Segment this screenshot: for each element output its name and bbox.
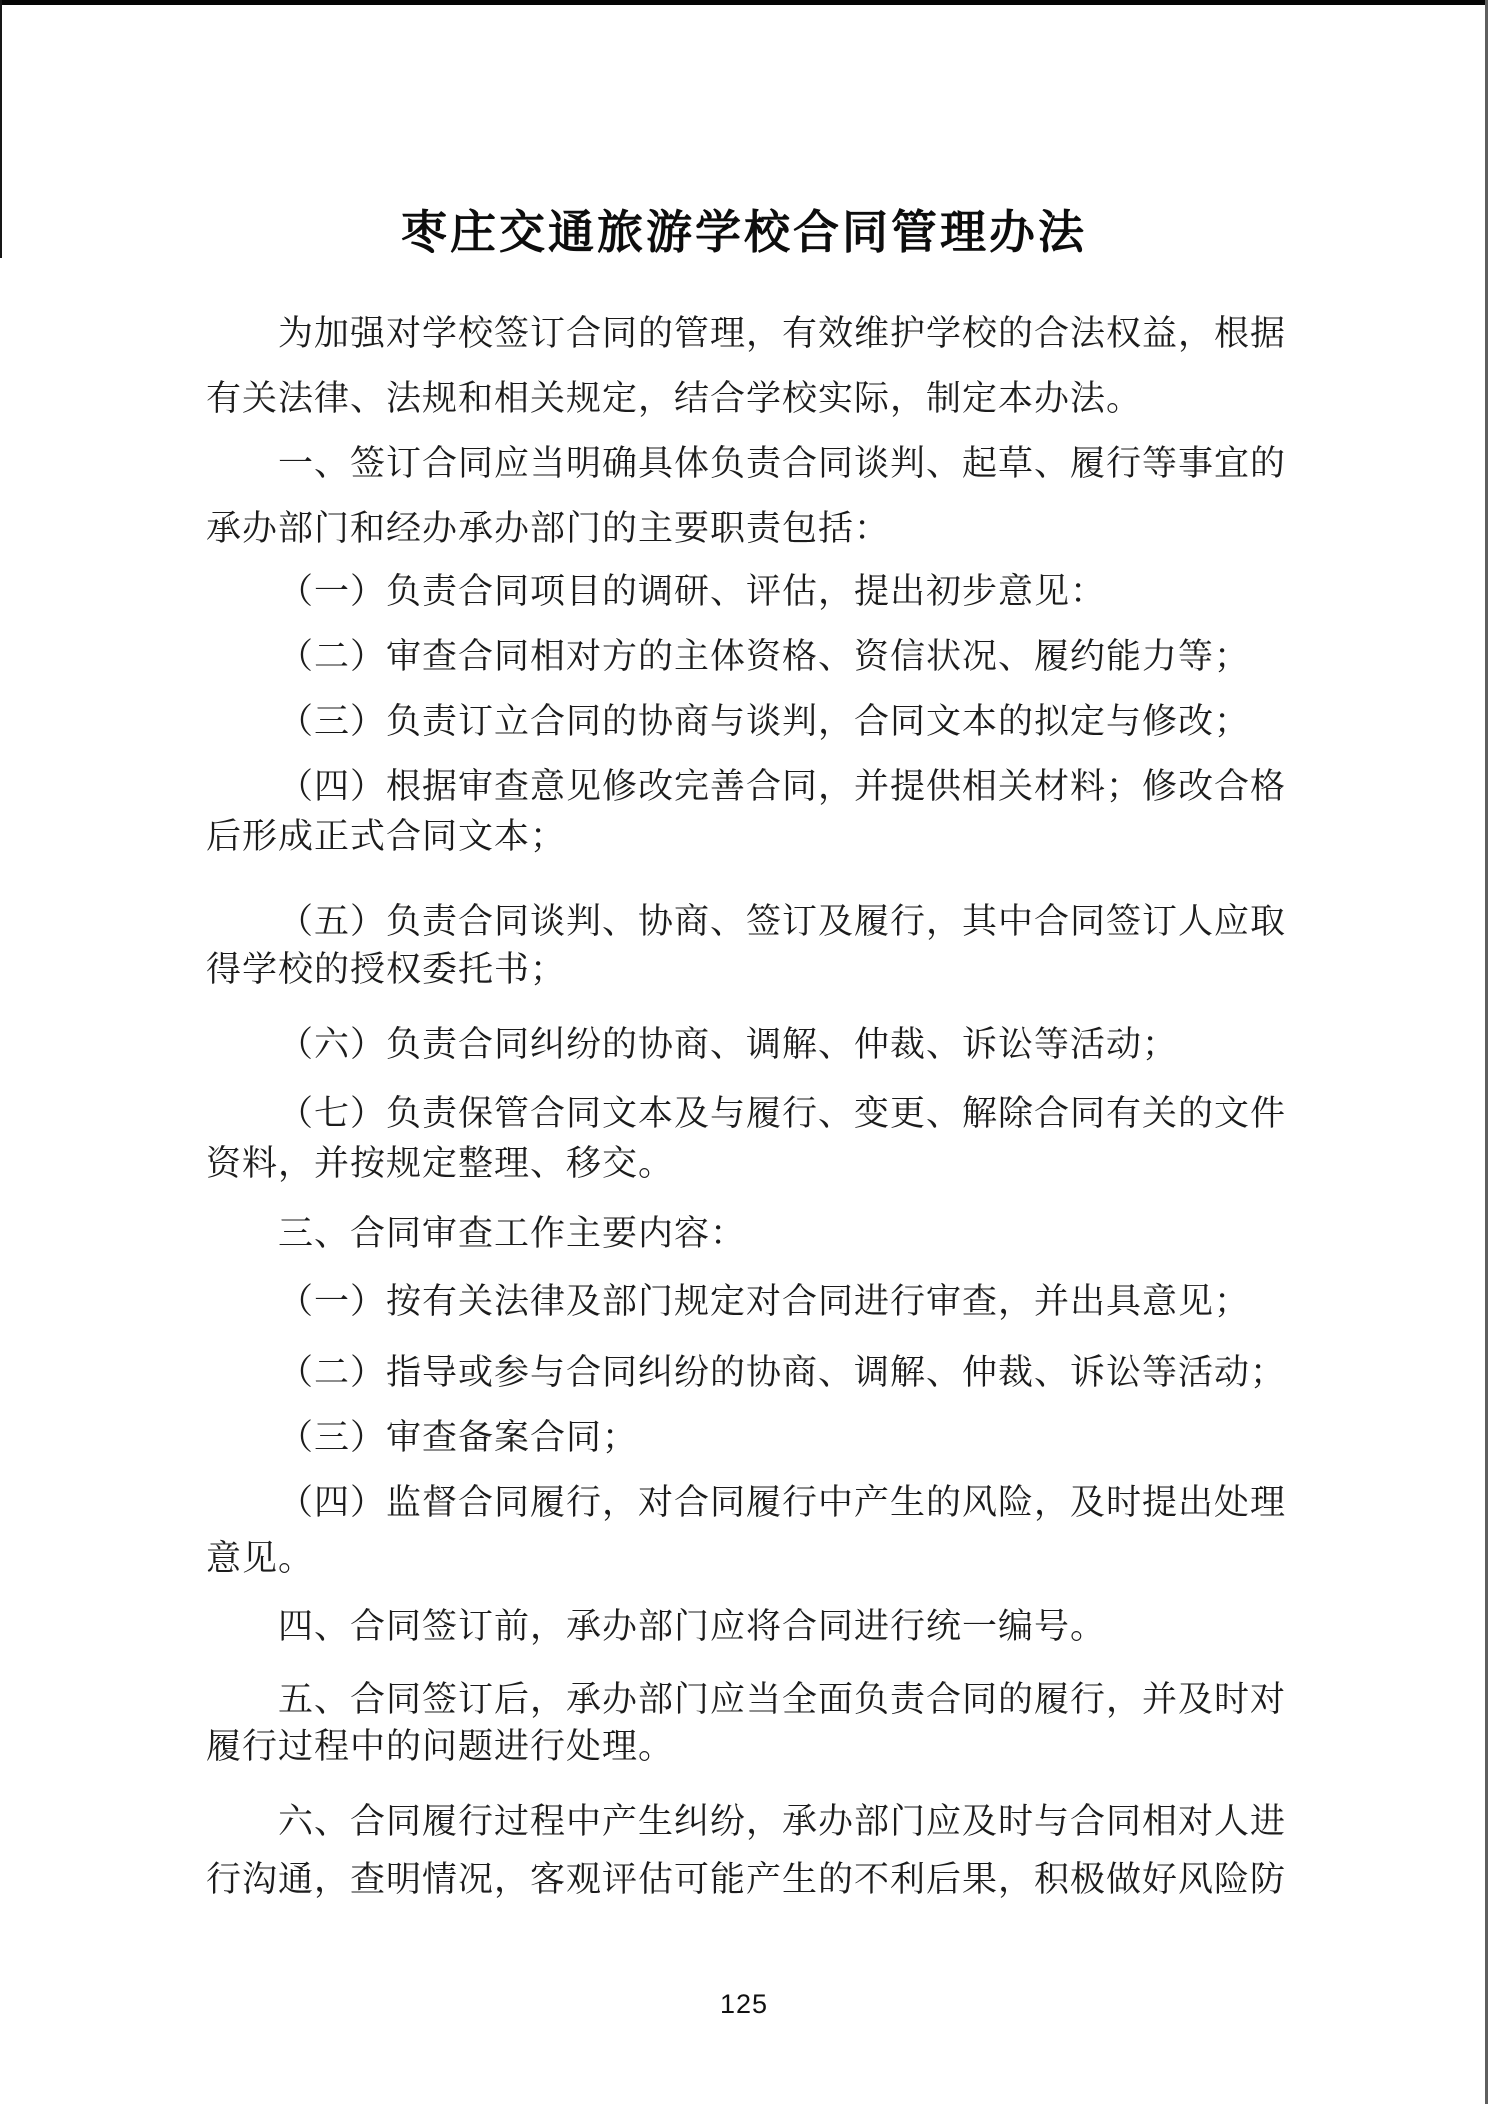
paragraph-line: 三、合同审查工作主要内容： xyxy=(278,1212,746,1256)
paragraph-line: 得学校的授权委托书； xyxy=(206,948,566,992)
paragraph-line: （一）按有关法律及部门规定对合同进行审查，并出具意见； xyxy=(278,1280,1250,1324)
paragraph-line: （六）负责合同纠纷的协商、调解、仲裁、诉讼等活动； xyxy=(278,1023,1178,1067)
paragraph-line: （七）负责保管合同文本及与履行、变更、解除合同有关的文件 xyxy=(278,1092,1286,1136)
paragraph-line: 意见。 xyxy=(206,1537,314,1581)
paragraph-line: （五）负责合同谈判、协商、签订及履行，其中合同签订人应取 xyxy=(278,900,1286,944)
page-number: 125 xyxy=(0,1989,1488,2020)
paragraph-line: （二）审查合同相对方的主体资格、资信状况、履约能力等； xyxy=(278,635,1250,679)
paragraph-line: 承办部门和经办承办部门的主要职责包括： xyxy=(206,507,890,551)
scan-edge-top xyxy=(0,0,1488,5)
paragraph-line: （四）监督合同履行，对合同履行中产生的风险，及时提出处理 xyxy=(278,1481,1286,1525)
document-page: 枣庄交通旅游学校合同管理办法 为加强对学校签订合同的管理，有效维护学校的合法权益… xyxy=(0,0,1488,2104)
document-title: 枣庄交通旅游学校合同管理办法 xyxy=(0,196,1488,262)
paragraph-line: 五、合同签订后，承办部门应当全面负责合同的履行，并及时对 xyxy=(278,1678,1286,1722)
paragraph-line: （三）审查备案合同； xyxy=(278,1416,638,1460)
paragraph-line: 行沟通，查明情况，客观评估可能产生的不利后果，积极做好风险防 xyxy=(206,1858,1286,1902)
paragraph-line: 一、签订合同应当明确具体负责合同谈判、起草、履行等事宜的 xyxy=(278,442,1286,486)
paragraph-line: 履行过程中的问题进行处理。 xyxy=(206,1725,674,1769)
paragraph-line: 四、合同签订前，承办部门应将合同进行统一编号。 xyxy=(278,1605,1106,1649)
paragraph-line: （二）指导或参与合同纠纷的协商、调解、仲裁、诉讼等活动； xyxy=(278,1351,1286,1395)
paragraph-line: 有关法律、法规和相关规定，结合学校实际，制定本办法。 xyxy=(206,377,1142,421)
paragraph-line: （三）负责订立合同的协商与谈判，合同文本的拟定与修改； xyxy=(278,700,1250,744)
paragraph-line: 六、合同履行过程中产生纠纷，承办部门应及时与合同相对人进 xyxy=(278,1800,1286,1844)
paragraph-line: （一）负责合同项目的调研、评估，提出初步意见： xyxy=(278,570,1106,614)
paragraph-line: （四）根据审查意见修改完善合同，并提供相关材料；修改合格 xyxy=(278,765,1286,809)
paragraph-line: 后形成正式合同文本； xyxy=(206,815,566,859)
paragraph-line: 为加强对学校签订合同的管理，有效维护学校的合法权益，根据 xyxy=(278,312,1286,356)
paragraph-line: 资料，并按规定整理、移交。 xyxy=(206,1142,674,1186)
